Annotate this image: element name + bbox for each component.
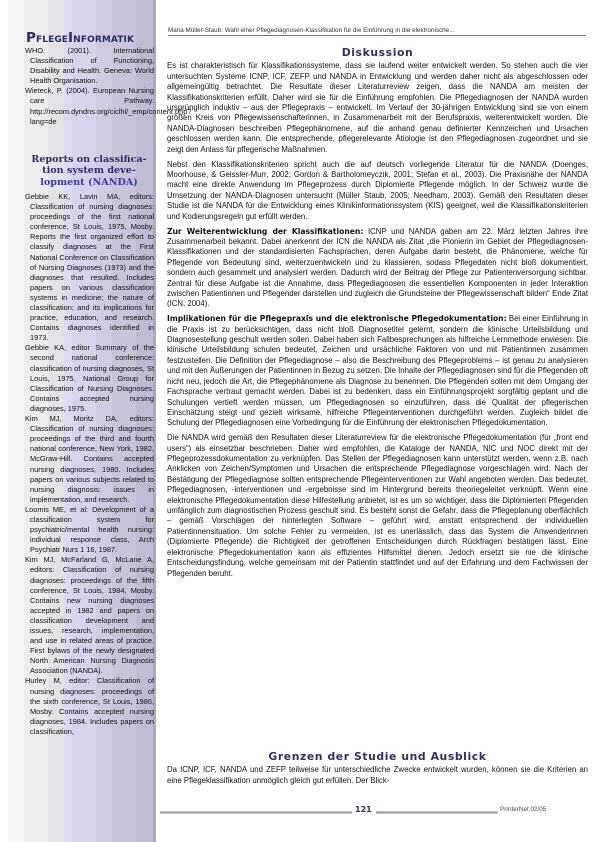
paragraph: Da ICNP, ICF, NANDA und ZEFP teilweise f… bbox=[167, 765, 588, 786]
references-heading-sub: lopment (NANDA) bbox=[40, 177, 138, 188]
page-number: 121 bbox=[355, 805, 372, 814]
journal-issue: PrInterNet 02/05 bbox=[500, 806, 546, 813]
reference-item: Gebbie KA, editor Summary of the second … bbox=[24, 343, 154, 414]
section-title-diskussion: Diskussion bbox=[167, 48, 588, 58]
run-in-heading: Implikationen für die Pflegepraxis und d… bbox=[167, 314, 507, 323]
section-title-grenzen: Grenzen der Studie und Ausblick bbox=[167, 752, 588, 762]
main-column: Diskussion Es ist charakteristisch für K… bbox=[167, 48, 588, 583]
footer-rule-right bbox=[376, 811, 498, 814]
section-grenzen: Grenzen der Studie und Ausblick Da ICNP,… bbox=[167, 752, 588, 786]
reference-item: Kim MJ, Moritz DA, editors: Classificati… bbox=[24, 414, 154, 505]
reference-item: Wieteck, P. (2004). European Nursing car… bbox=[24, 86, 154, 126]
paragraph: Implikationen für die Pflegepraxis und d… bbox=[167, 314, 588, 428]
run-in-heading: Zur Weiterentwicklung der Klassifikation… bbox=[167, 227, 363, 236]
paragraph: Es ist charakteristisch für Klassifikati… bbox=[167, 61, 588, 155]
journal-brand: PflegeInformatik bbox=[26, 30, 134, 46]
references-column: WHO. (2001). International Classificatio… bbox=[24, 46, 154, 737]
footer-rule-left bbox=[160, 811, 352, 814]
reference-item: WHO. (2001). International Classificatio… bbox=[24, 46, 154, 86]
reference-item: Hurley M, editor: Classification of nurs… bbox=[24, 676, 154, 737]
reference-item: Loomis ME, et al: Development of a class… bbox=[24, 505, 154, 555]
reference-item: Kim MJ, McFarland G, McLane A, editors: … bbox=[24, 555, 154, 676]
paragraph: Zur Weiterentwicklung der Klassifikation… bbox=[167, 227, 588, 310]
running-header: Maria Müller-Staub: Wahl einer Pflegedia… bbox=[168, 27, 586, 36]
paragraph: Die NANDA wird gemäß den Resultaten dies… bbox=[167, 433, 588, 579]
reference-item: Gebbie KK, Lavin MA, editors: Classifica… bbox=[24, 192, 154, 343]
paragraph: Nebst den Klassifikationskriterien spric… bbox=[167, 160, 588, 222]
references-heading: Reports on classifica-tion system deve- … bbox=[24, 154, 154, 188]
